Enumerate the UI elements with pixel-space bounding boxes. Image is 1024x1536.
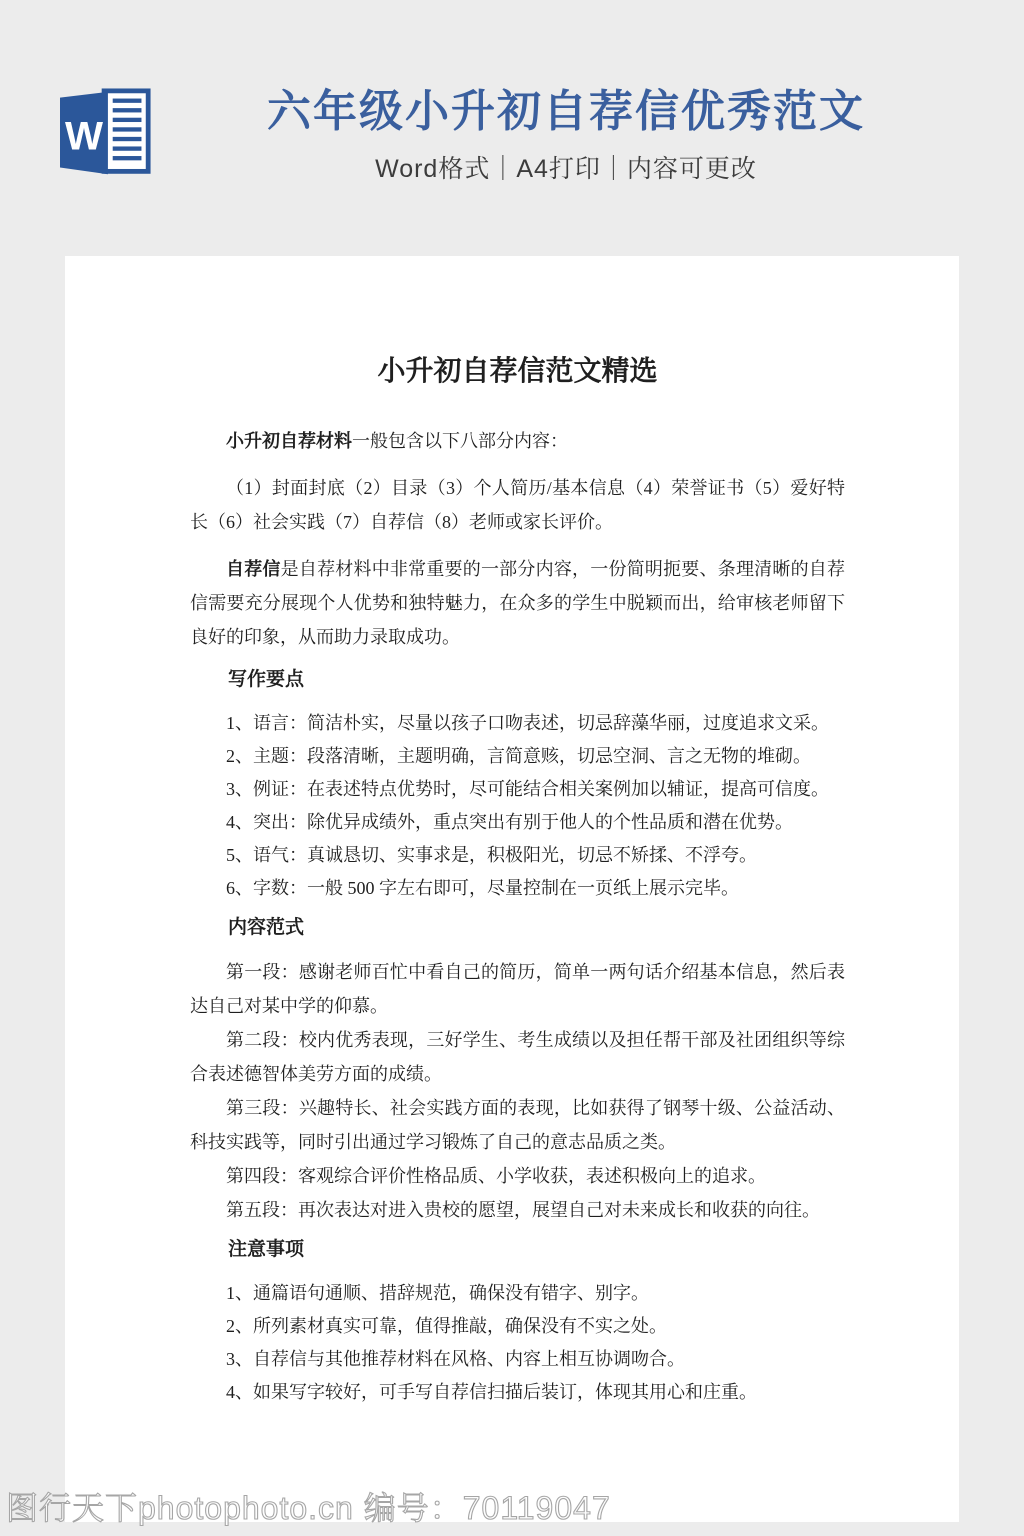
intro-paragraph: 小升初自荐材料一般包含以下八部分内容：: [190, 424, 845, 458]
writing-point-4: 4、突出：除优异成绩外，重点突出有别于他人的个性品质和潜在优势。: [190, 806, 845, 839]
note-4: 4、如果写字较好，可手写自荐信扫描后装订，体现其用心和庄重。: [190, 1376, 845, 1409]
intro-text-run: 一般包含以下八部分内容：: [352, 431, 568, 451]
document-title: 小升初自荐信范文精选: [190, 354, 845, 390]
writing-point-6: 6、字数：一般 500 字左右即可，尽量控制在一页纸上展示完毕。: [190, 872, 845, 905]
document-content: 小升初自荐信范文精选 小升初自荐材料一般包含以下八部分内容： （1）封面封底（2…: [65, 256, 959, 1409]
letter-paragraph: 自荐信是自荐材料中非常重要的一部分内容，一份简明扼要、条理清晰的自荐信需要充分展…: [190, 552, 845, 654]
content-format-para-2: 第二段：校内优秀表现，三好学生、考生成绩以及担任帮干部及社团组织等综合表述德智体…: [190, 1023, 845, 1091]
writing-point-2: 2、主题：段落清晰，主题明确，言简意赅，切忌空洞、言之无物的堆砌。: [190, 740, 845, 773]
letter-bold-run: 自荐信: [226, 559, 281, 579]
site-watermark: 图行天下photophoto.cn 编号：70119047: [6, 1490, 611, 1526]
template-preview-canvas: W 六年级小升初自荐信优秀范文 Word格式｜A4打印｜内容可更改 小升初自荐信…: [0, 0, 1024, 1536]
note-1: 1、通篇语句通顺、措辞规范，确保没有错字、别字。: [190, 1277, 845, 1310]
content-format-para-5: 第五段：再次表达对进入贵校的愿望，展望自己对未来成长和收获的向往。: [190, 1193, 845, 1227]
content-format-para-1: 第一段：感谢老师百忙中看自己的简历，简单一两句话介绍基本信息，然后表达自己对某中…: [190, 955, 845, 1023]
intro-bold-run: 小升初自荐材料: [226, 431, 352, 451]
word-file-icon: W: [58, 88, 154, 180]
content-format-para-4: 第四段：客观综合评价性格品质、小学收获，表述积极向上的追求。: [190, 1159, 845, 1193]
note-2: 2、所列素材真实可靠，值得推敲，确保没有不实之处。: [190, 1310, 845, 1343]
notes-heading: 注意事项: [190, 1237, 845, 1263]
word-icon-graphic: W: [58, 88, 154, 180]
document-page: 小升初自荐信范文精选 小升初自荐材料一般包含以下八部分内容： （1）封面封底（2…: [65, 256, 959, 1522]
writing-point-5: 5、语气：真诚恳切、实事求是，积极阳光，切忌不矫揉、不浮夸。: [190, 839, 845, 872]
template-subtitle: Word格式｜A4打印｜内容可更改: [160, 154, 972, 184]
writing-point-1: 1、语言：简洁朴实，尽量以孩子口吻表述，切忌辞藻华丽，过度追求文采。: [190, 707, 845, 740]
note-3: 3、自荐信与其他推荐材料在风格、内容上相互协调吻合。: [190, 1343, 845, 1376]
word-icon-letter: W: [65, 113, 103, 158]
writing-points-heading: 写作要点: [190, 667, 845, 693]
content-format-heading: 内容范式: [190, 915, 845, 941]
writing-point-3: 3、例证：在表述特点优势时，尽可能结合相关案例加以辅证，提高可信度。: [190, 773, 845, 806]
letter-text-run: 是自荐材料中非常重要的一部分内容，一份简明扼要、条理清晰的自荐信需要充分展现个人…: [190, 559, 845, 647]
template-title: 六年级小升初自荐信优秀范文: [160, 86, 972, 138]
header: 六年级小升初自荐信优秀范文 Word格式｜A4打印｜内容可更改: [160, 86, 972, 184]
parts-paragraph: （1）封面封底（2）目录（3）个人简历/基本信息（4）荣誉证书（5）爱好特长（6…: [190, 471, 845, 539]
content-format-para-3: 第三段：兴趣特长、社会实践方面的表现，比如获得了钢琴十级、公益活动、科技实践等，…: [190, 1091, 845, 1159]
